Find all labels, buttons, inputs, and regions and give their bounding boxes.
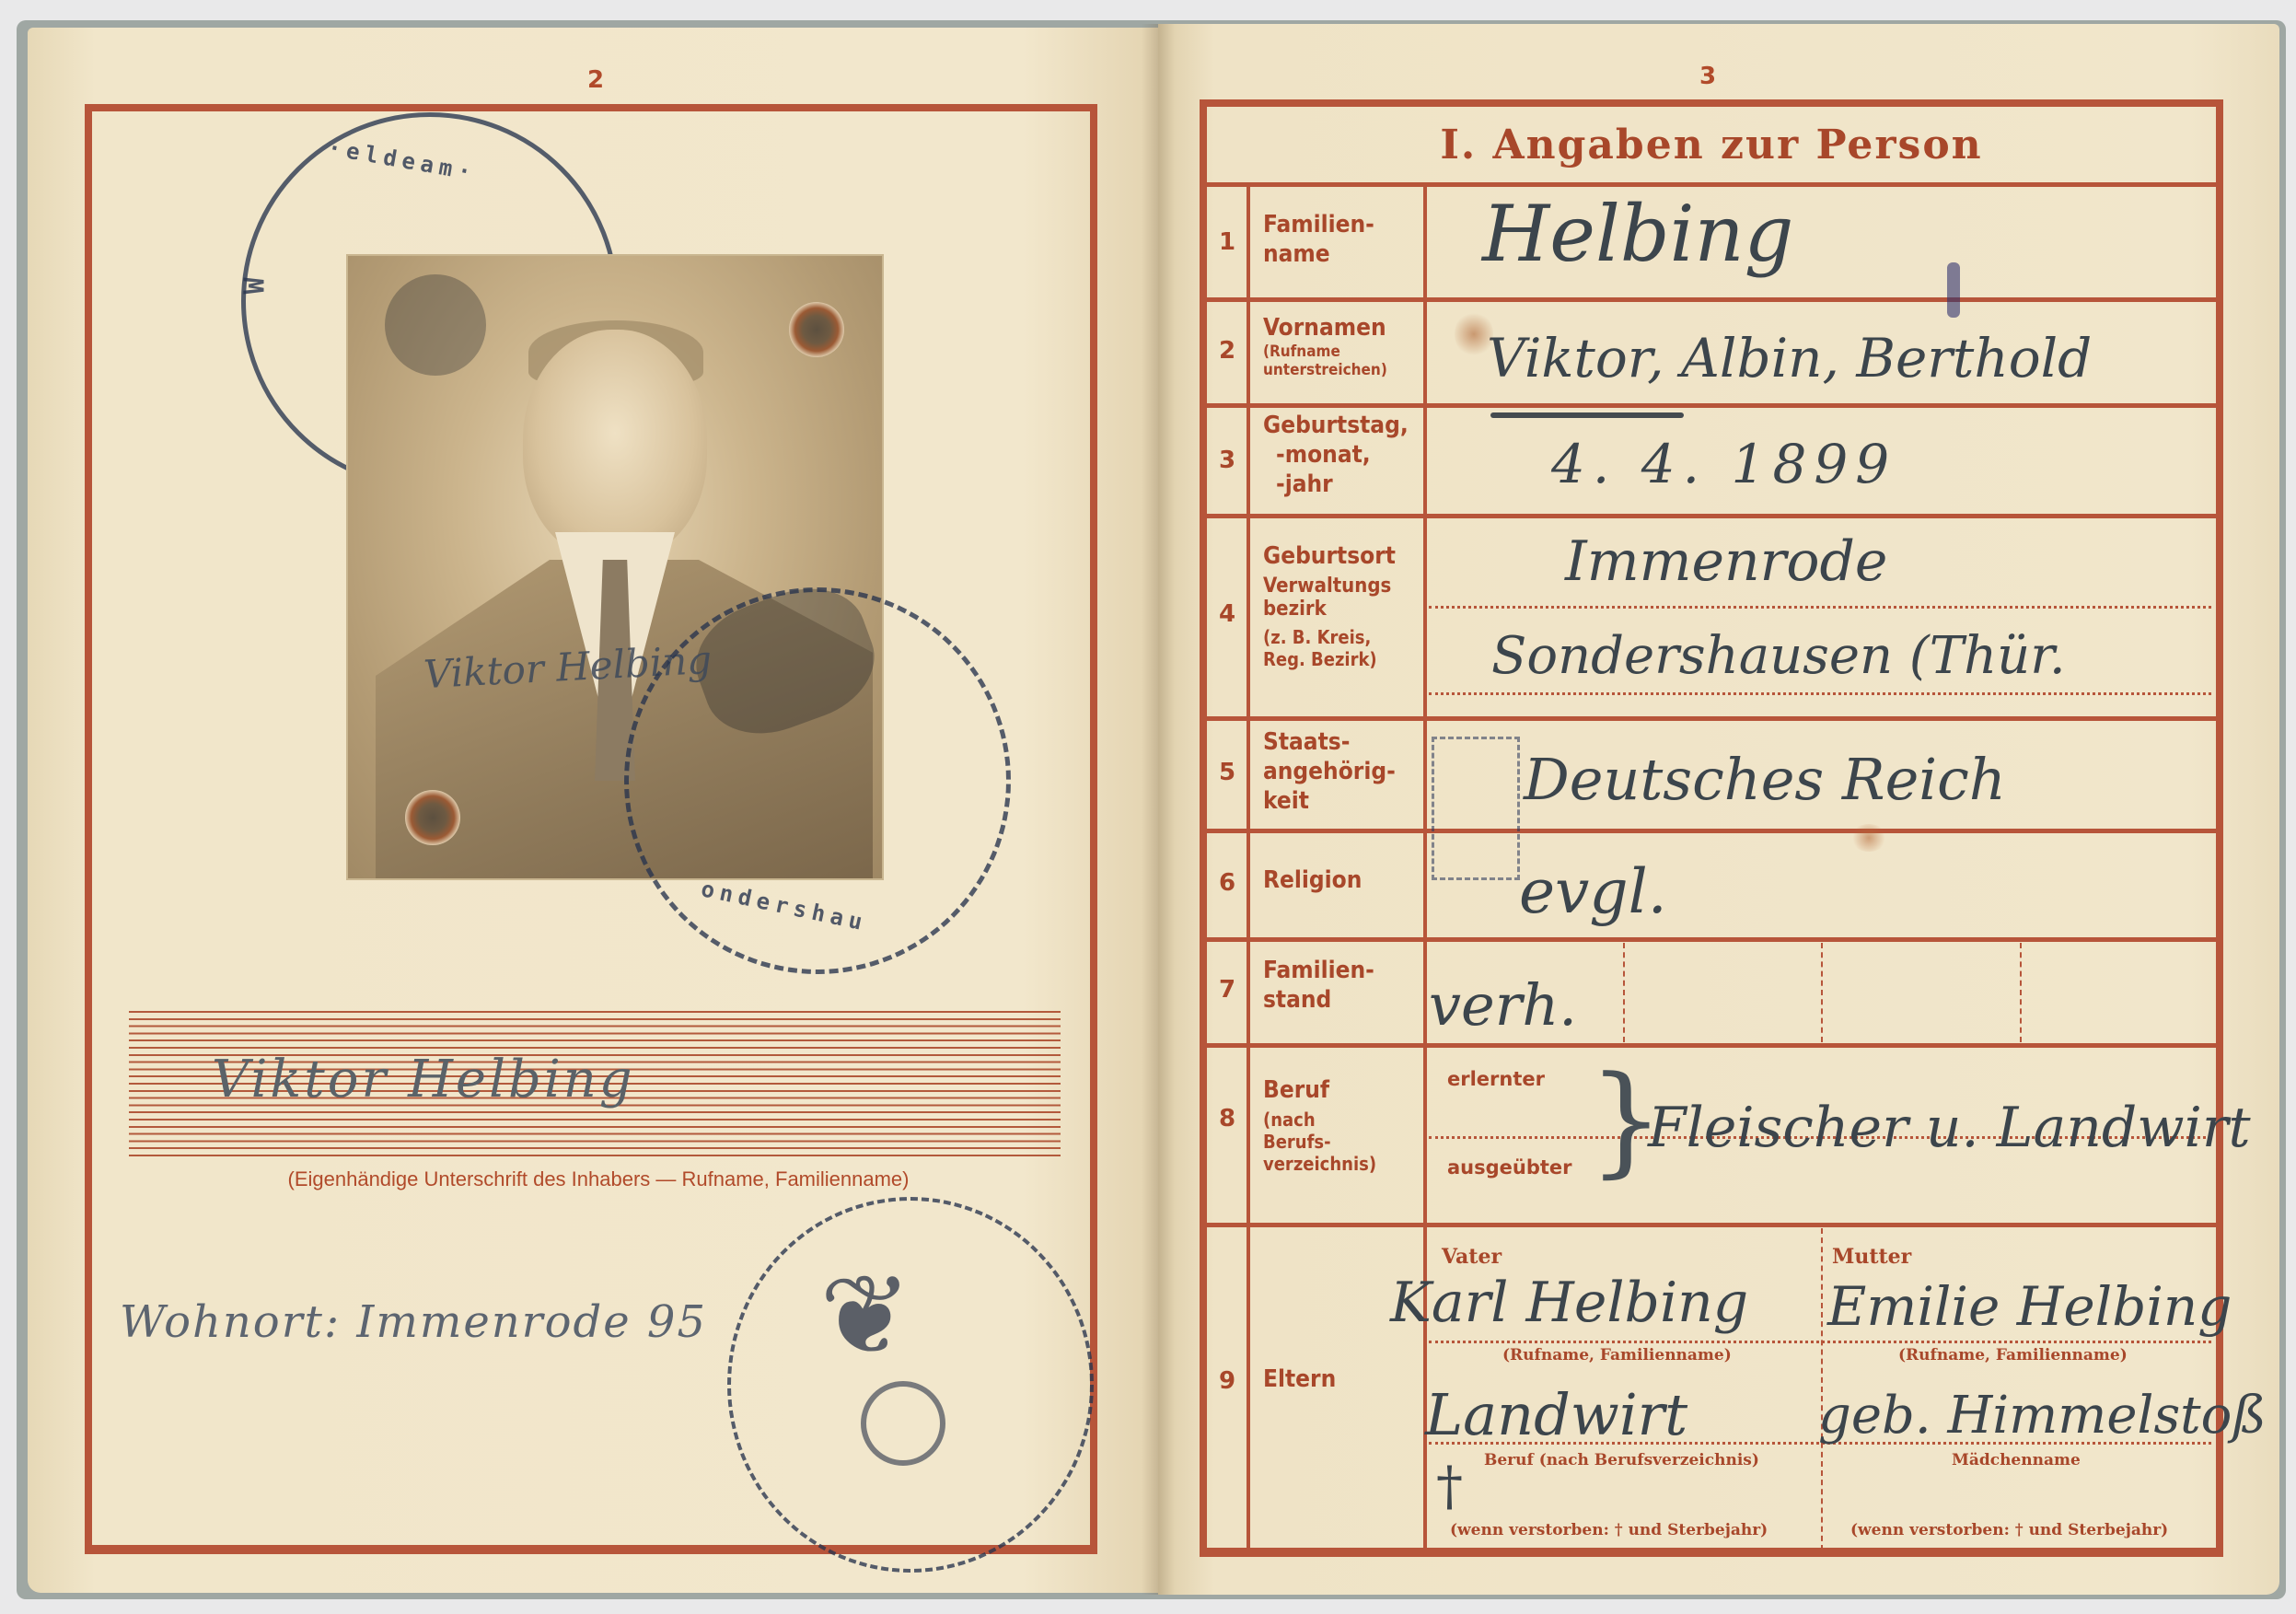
dotted-guide: [1429, 606, 2211, 609]
row-number-4: 4: [1207, 600, 1247, 628]
page-number-right: 3: [1699, 63, 1716, 90]
book-gutter: [1142, 24, 1175, 1595]
caption-vater-name: (Rufname, Familienname): [1502, 1346, 1732, 1364]
photo-stamp-blot: [385, 274, 486, 376]
ink-blot: [1947, 262, 1960, 318]
row-number-5: 5: [1207, 759, 1247, 786]
label-note: (z. B. Kreis,: [1263, 626, 1425, 648]
value-verwaltungsbezirk: Sondershausen (Thür.: [1491, 626, 2066, 686]
eagle-emblem-icon: ❦: [819, 1261, 912, 1372]
label-line: Staats-: [1263, 727, 1425, 757]
value-familienstand: verh.: [1429, 971, 1577, 1039]
dotted-guide: [1429, 1341, 2211, 1343]
row-divider: [1207, 716, 2216, 721]
label-line: stand: [1263, 985, 1425, 1015]
label-geburtsdatum: Geburtstag, -monat, -jahr: [1263, 411, 1425, 499]
row-divider: [1207, 182, 2216, 187]
row-number-3: 3: [1207, 447, 1247, 474]
label-familienname: Familien- name: [1263, 210, 1425, 269]
value-familienname: Helbing: [1482, 189, 1793, 279]
label-note: verzeichnis): [1263, 1153, 1425, 1175]
caption-vater-sterbejahr: (wenn verstorben: † und Sterbejahr): [1450, 1521, 1768, 1539]
label-eltern: Eltern: [1263, 1364, 1425, 1394]
value-geburtsdatum: 4. 4. 1899: [1551, 433, 1896, 495]
column-divider-num: [1247, 184, 1250, 1549]
heading-vater: Vater: [1442, 1245, 1502, 1269]
wreath-icon: [861, 1381, 945, 1466]
row-number-2: 2: [1207, 337, 1247, 365]
caption-vater-beruf: Beruf (nach Berufsverzeichnis): [1484, 1451, 1759, 1469]
value-mutter-maedchenname: geb. Himmelstoß: [1818, 1386, 2267, 1446]
label-line: name: [1263, 239, 1425, 269]
value-vater-name: Karl Helbing: [1390, 1271, 1748, 1335]
row-divider: [1207, 937, 2216, 942]
rust-stain: [1455, 311, 1493, 357]
label-line: Eltern: [1263, 1364, 1425, 1394]
label-ausgeuebter: ausgeübter: [1447, 1156, 1572, 1179]
value-mutter-name: Emilie Helbing: [1827, 1275, 2232, 1338]
vater-death-cross-mark: †: [1436, 1455, 1463, 1517]
row-number-7: 7: [1207, 976, 1247, 1004]
heading-mutter: Mutter: [1832, 1245, 1911, 1269]
label-sub: Verwaltungs: [1263, 575, 1425, 598]
value-staatsangehoerigkeit: Deutsches Reich: [1524, 746, 2006, 813]
value-beruf: Fleischer u. Landwirt: [1648, 1096, 2251, 1160]
row-number-1: 1: [1207, 228, 1247, 256]
photo-eyelet-bottom-left: [405, 790, 460, 845]
label-religion: Religion: [1263, 865, 1425, 895]
label-line: Familien-: [1263, 210, 1425, 239]
label-line: angehörig-: [1263, 757, 1425, 786]
label-line: Geburtsort: [1263, 541, 1425, 571]
label-line: keit: [1263, 786, 1425, 816]
label-note: (Rufname: [1263, 343, 1425, 361]
caption-mutter-sterbejahr: (wenn verstorben: † und Sterbejahr): [1850, 1521, 2168, 1539]
value-religion: evgl.: [1519, 856, 1667, 927]
row-number-6: 6: [1207, 869, 1247, 897]
signature-caption: (Eigenhändige Unterschrift des Inhabers …: [203, 1167, 994, 1191]
label-line: Vornamen: [1263, 313, 1425, 343]
stamp-top-letter: W: [239, 272, 272, 294]
value-geburtsort: Immenrode: [1565, 529, 1887, 594]
photo-eyelet-top-right: [789, 302, 844, 357]
label-erlernter: erlernter: [1447, 1068, 1545, 1090]
label-line: Geburtstag,: [1263, 411, 1425, 440]
ink-stamp-smudge: [1432, 737, 1520, 880]
label-line: Religion: [1263, 865, 1425, 895]
row-divider: [1207, 297, 2216, 302]
section-title: I. Angaben zur Person: [1207, 107, 2216, 182]
label-familienstand: Familien- stand: [1263, 956, 1425, 1015]
caption-mutter-name: (Rufname, Familienname): [1898, 1346, 2128, 1364]
label-line: -monat,: [1263, 440, 1425, 470]
label-note: Reg. Bezirk): [1263, 648, 1425, 670]
row-divider: [1207, 1223, 2216, 1227]
label-line: Familien-: [1263, 956, 1425, 985]
label-note: Berufs-: [1263, 1131, 1425, 1153]
label-sub: bezirk: [1263, 598, 1425, 621]
rufname-underline: [1490, 412, 1684, 418]
label-line: -jahr: [1263, 470, 1425, 499]
value-vater-beruf: Landwirt: [1425, 1381, 1687, 1448]
rust-stain: [1850, 824, 1887, 852]
dotted-guide: [1429, 692, 2211, 695]
row-number-8: 8: [1207, 1105, 1247, 1132]
caption-mutter-maedchenname: Mädchenname: [1952, 1451, 2081, 1469]
dashed-column-guide: [1821, 943, 1823, 1042]
row-number-9: 9: [1207, 1367, 1247, 1395]
holder-signature: Viktor Helbing: [212, 1050, 635, 1109]
row-divider: [1207, 829, 2216, 833]
label-note: (nach: [1263, 1109, 1425, 1131]
row-divider: [1207, 514, 2216, 518]
dashed-column-guide: [1623, 943, 1625, 1042]
label-beruf: Beruf (nach Berufs- verzeichnis): [1263, 1075, 1425, 1175]
row-divider: [1207, 403, 2216, 408]
label-geburtsort: Geburtsort Verwaltungs bezirk (z. B. Kre…: [1263, 541, 1425, 670]
page-number-left: 2: [587, 66, 604, 94]
photo-head: [523, 330, 707, 560]
label-note: unterstreichen): [1263, 361, 1425, 379]
label-vornamen: Vornamen (Rufname unterstreichen): [1263, 313, 1425, 379]
dashed-column-guide: [2020, 943, 2022, 1042]
row-divider: [1207, 1043, 2216, 1048]
label-staatsangehoerigkeit: Staats- angehörig- keit: [1263, 727, 1425, 816]
label-line: Beruf: [1263, 1075, 1425, 1105]
value-vornamen: Viktor, Albin, Berthold: [1487, 327, 2092, 389]
wohnort-note: Wohnort: Immenrode 95: [120, 1296, 707, 1348]
